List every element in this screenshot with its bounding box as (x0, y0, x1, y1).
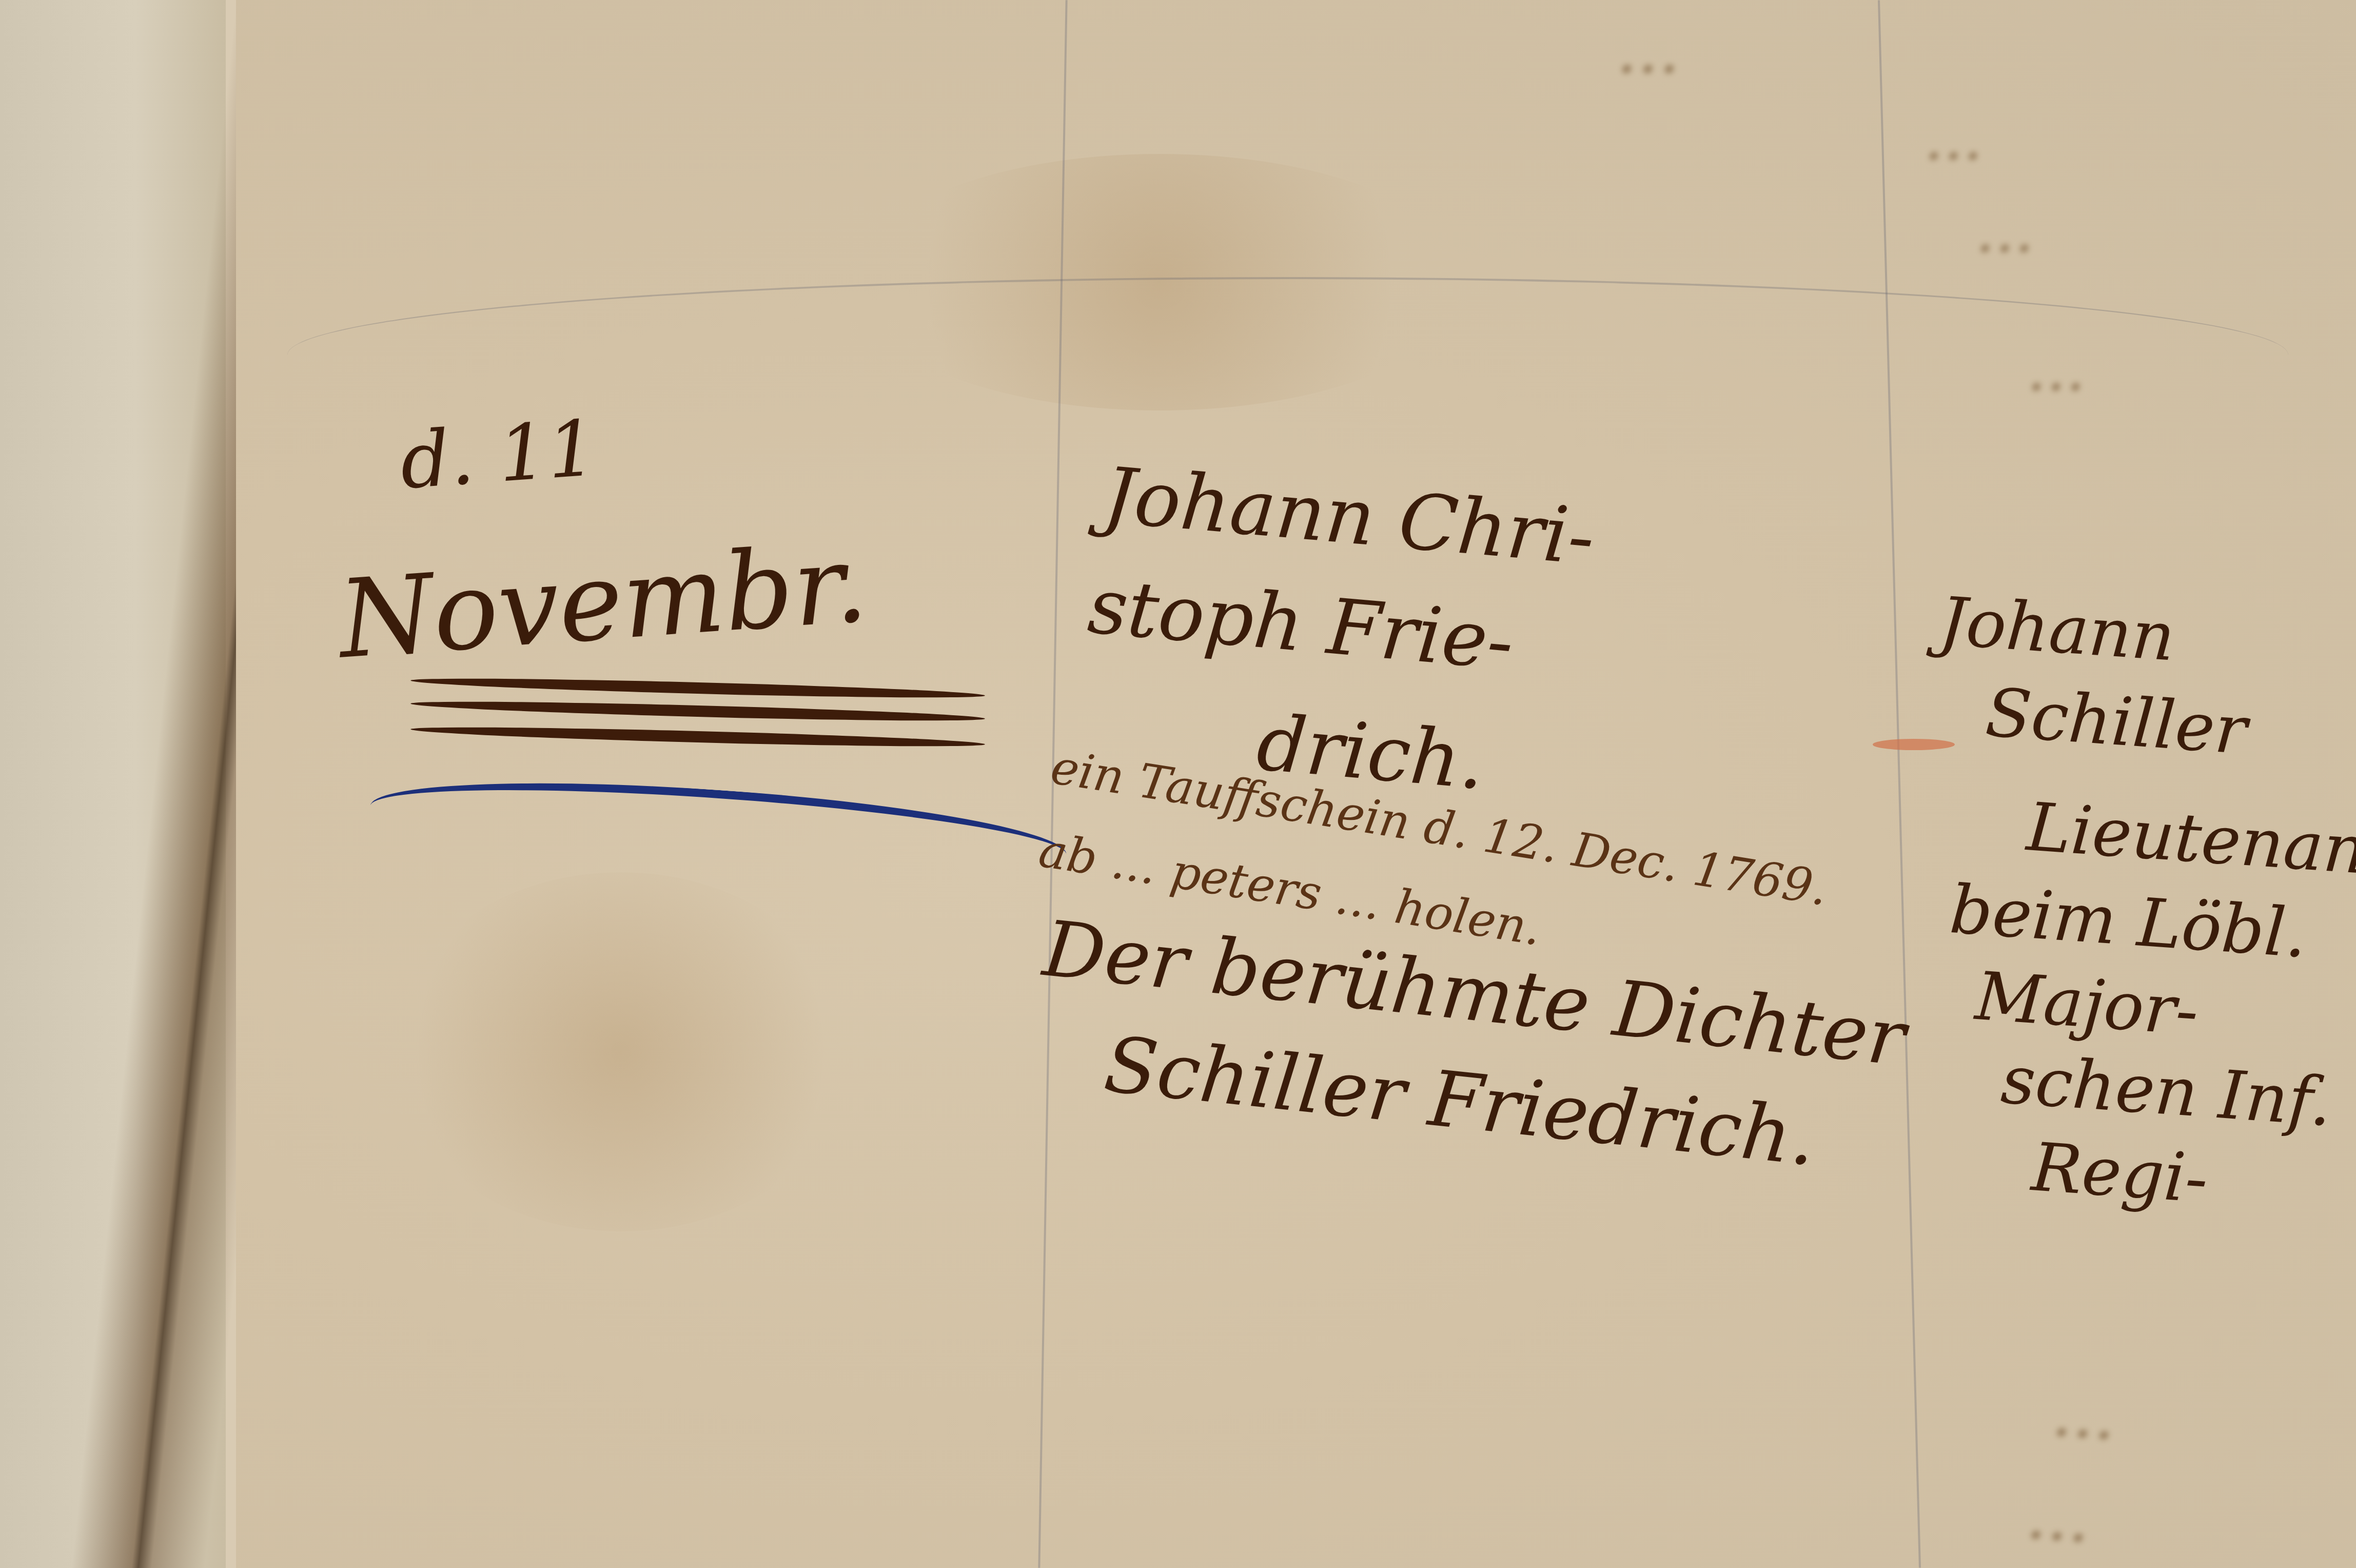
paper-stain (390, 872, 852, 1231)
blurred-text: ... (1616, 10, 1680, 88)
blurred-text: ... (2027, 334, 2085, 405)
blurred-text: ... (1975, 195, 2034, 266)
parent-line: Major- (1973, 957, 2201, 1050)
parent-line: ... (2024, 1476, 2093, 1558)
parent-line: Johann (1937, 582, 2177, 676)
parent-line: ... (2050, 1373, 2118, 1455)
parent-line: Regi- (2029, 1128, 2210, 1218)
red-mark (1873, 739, 1955, 750)
blurred-text: ... (1924, 103, 1982, 174)
entry-day: d. 11 (397, 404, 599, 506)
